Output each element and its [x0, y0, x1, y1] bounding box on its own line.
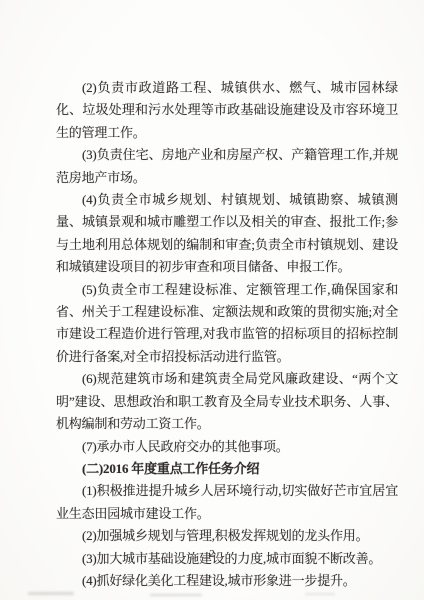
- scan-smudge: [150, 594, 202, 596]
- page-number: 2: [0, 548, 424, 560]
- paragraph: (2)加强城乡规划与管理,积极发挥规划的龙头作用。: [56, 525, 398, 547]
- paragraph: (2)负责市政道路工程、城镇供水、燃气、城市园林绿化、垃圾处理和污水处理等市政基…: [56, 77, 398, 144]
- scan-smudge: [28, 592, 74, 595]
- document-body: (2)负责市政道路工程、城镇供水、燃气、城市园林绿化、垃圾处理和污水处理等市政基…: [56, 77, 398, 592]
- scanned-document-page: (2)负责市政道路工程、城镇供水、燃气、城市园林绿化、垃圾处理和污水处理等市政基…: [0, 0, 424, 600]
- paragraph: (4)负责全市城乡规划、村镇规划、城镇勘察、城镇测量、城镇景观和城市雕塑工作以及…: [56, 189, 398, 279]
- paragraph: (6)规范建筑市场和建筑责全局党风廉政建设、“两个文明”建设、思想政治和职工教育…: [56, 368, 398, 435]
- paragraph: (1)积极推进提升城乡人居环境行动,切实做好芒市宜居宜业生态田园城市建设工作。: [56, 480, 398, 525]
- scan-smudge: [305, 593, 335, 595]
- paragraph: (3)负责住宅、房地产业和房屋产权、产籍管理工作,并规范房地产市场。: [56, 144, 398, 189]
- paragraph: (7)承办市人民政府交办的其他事项。: [56, 436, 398, 458]
- section-heading: (二)2016 年度重点工作任务介绍: [56, 458, 398, 480]
- paragraph: (4)抓好绿化美化工程建设,城市形象进一步提升。: [56, 570, 398, 592]
- paragraph: (5)负责全市工程建设标准、定额管理工作,确保国家和省、州关于工程建设标准、定额…: [56, 279, 398, 369]
